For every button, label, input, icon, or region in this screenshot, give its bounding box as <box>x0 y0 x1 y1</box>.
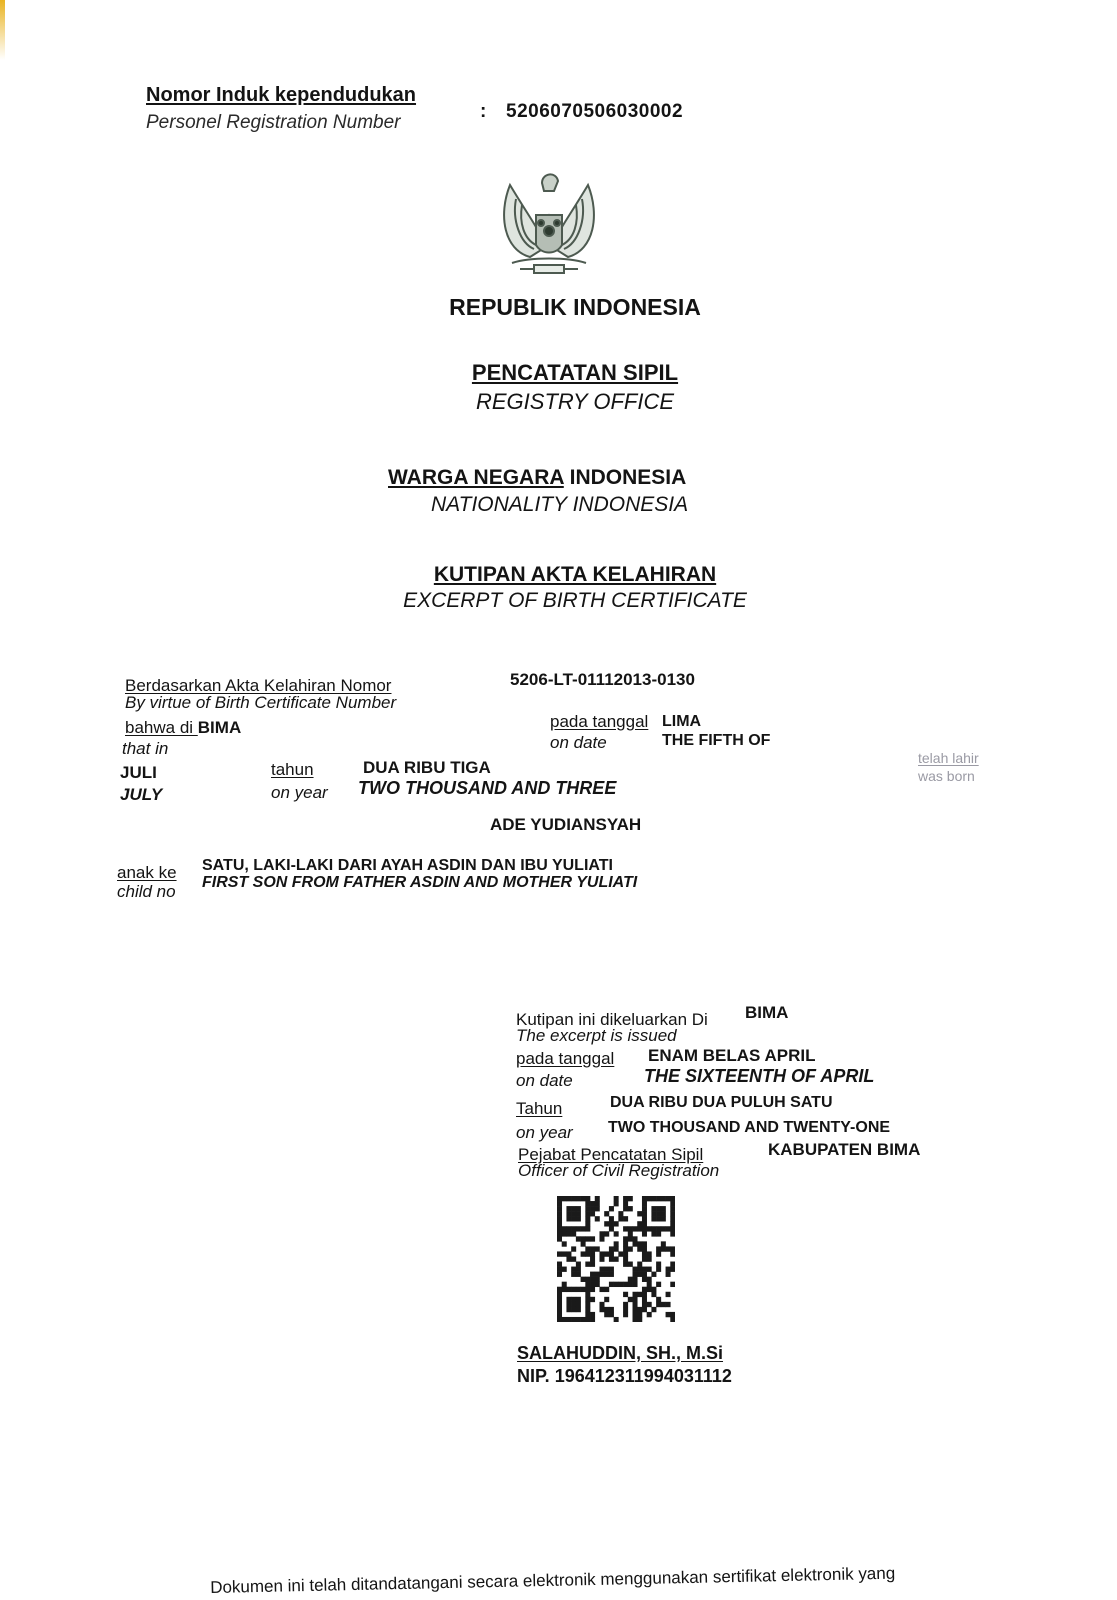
nationality-label: WARGA NEGARA <box>388 466 564 489</box>
issue-date-value: ENAM BELAS APRIL <box>648 1046 816 1066</box>
garuda-emblem-icon <box>490 165 608 280</box>
place-label-en: that in <box>122 739 168 759</box>
child-label-en: child no <box>117 882 176 902</box>
office-title-en: REGISTRY OFFICE <box>375 389 775 415</box>
office-title: PENCATATAN SIPIL <box>375 360 775 386</box>
issue-date-value-en: THE SIXTEENTH OF APRIL <box>644 1066 874 1087</box>
birth-year-label: tahun <box>271 760 314 780</box>
place-value: BIMA <box>198 718 241 737</box>
place-label: bahwa di <box>125 718 198 737</box>
child-order: SATU, LAKI-LAKI DARI AYAH ASDIN DAN IBU … <box>202 857 613 875</box>
officer-label-en: Officer of Civil Registration <box>518 1161 719 1181</box>
signatory-nip: NIP. 196412311994031112 <box>517 1366 732 1387</box>
issued-place: BIMA <box>745 1003 788 1023</box>
signatory-name: SALAHUDDIN, SH., M.Si <box>517 1343 723 1364</box>
birth-year-value-en: TWO THOUSAND AND THREE <box>358 778 616 799</box>
birth-year-label-en: on year <box>271 783 328 803</box>
footer-note: Dokumen ini telah ditandatangani secara … <box>210 1564 895 1598</box>
cert-label-en: By virtue of Birth Certificate Number <box>125 693 396 713</box>
nationality-line: WARGA NEGARA INDONESIA <box>388 466 686 490</box>
nik-separator: : <box>480 101 487 123</box>
officer-region: KABUPATEN BIMA <box>768 1140 920 1160</box>
place-line: bahwa di BIMA <box>125 718 241 738</box>
page-edge <box>0 0 5 60</box>
nationality-en: NATIONALITY INDONESIA <box>431 493 688 517</box>
issue-date-label: pada tanggal <box>516 1049 614 1069</box>
born-label-en: was born <box>918 768 975 784</box>
nik-label: Nomor Induk kependudukan <box>146 84 416 106</box>
document-title: KUTIPAN AKTA KELAHIRAN <box>375 563 775 587</box>
country-title: REPUBLIK INDONESIA <box>375 294 775 321</box>
issue-year-label-en: on year <box>516 1123 573 1143</box>
nik-value: 5206070506030002 <box>506 101 683 123</box>
born-label: telah lahir <box>918 750 979 766</box>
birth-month-en: JULY <box>120 785 162 805</box>
issue-date-label-en: on date <box>516 1071 573 1091</box>
cert-number: 5206-LT-01112013-0130 <box>510 670 695 690</box>
birth-month: JULI <box>120 763 157 783</box>
child-label: anak ke <box>117 863 177 883</box>
issued-label-en: The excerpt is issued <box>516 1026 677 1046</box>
birth-date-value-en: THE FIFTH OF <box>662 732 770 750</box>
document-title-en: EXCERPT OF BIRTH CERTIFICATE <box>375 589 775 613</box>
issue-year-value: DUA RIBU DUA PULUH SATU <box>610 1094 833 1112</box>
birth-year-value: DUA RIBU TIGA <box>363 758 491 778</box>
qr-code-icon <box>557 1196 675 1322</box>
birth-date-value: LIMA <box>662 713 701 731</box>
child-order-en: FIRST SON FROM FATHER ASDIN AND MOTHER Y… <box>202 874 637 892</box>
birth-date-label: pada tanggal <box>550 712 648 732</box>
issue-year-value-en: TWO THOUSAND AND TWENTY-ONE <box>608 1119 890 1137</box>
birth-date-label-en: on date <box>550 733 607 753</box>
child-name: ADE YUDIANSYAH <box>490 815 641 835</box>
issue-year-label: Tahun <box>516 1099 562 1119</box>
nik-label-en: Personel Registration Number <box>146 112 401 134</box>
nationality-value: INDONESIA <box>570 466 687 489</box>
